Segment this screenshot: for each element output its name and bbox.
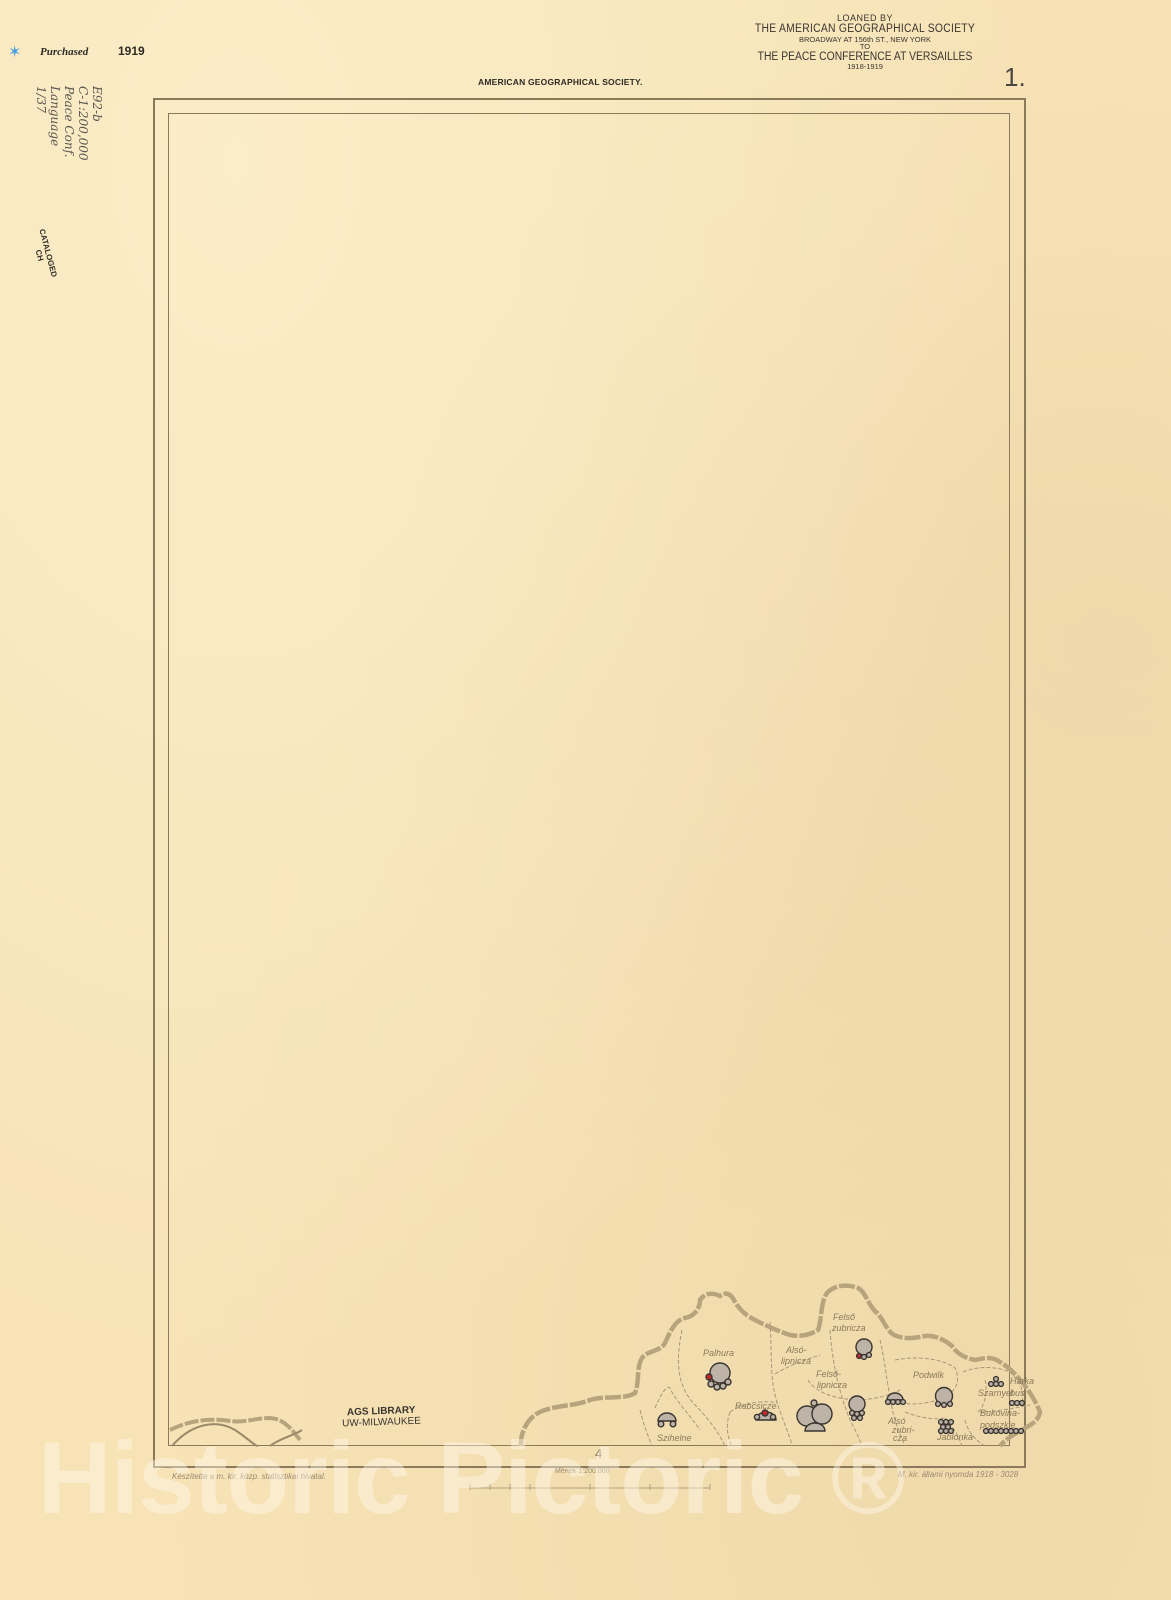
population-symbol-podwilk (936, 1388, 953, 1408)
place-label: Palhura (703, 1348, 734, 1358)
watermark: Historic Pictoric ® (38, 1420, 905, 1537)
place-label: bus. (1010, 1388, 1027, 1398)
map-content: Palhura Szihelne Rabcsicze Felső zubricz… (0, 0, 1171, 1600)
population-symbol-szarnyel (989, 1377, 1004, 1387)
place-label: Felső- (816, 1369, 841, 1379)
population-symbol-bukovina (984, 1429, 1024, 1434)
place-label: Felső (833, 1312, 856, 1322)
population-symbol-jablonka (939, 1420, 954, 1434)
population-symbol-palhura (706, 1363, 731, 1390)
place-label: Rabcsicze (735, 1401, 777, 1411)
place-label: Harka (1010, 1376, 1034, 1386)
population-symbol-harka (1010, 1401, 1025, 1406)
population-symbol-lipnicza (849, 1396, 865, 1420)
place-label: Szarnyel (978, 1388, 1014, 1398)
place-label: zubricza (831, 1323, 866, 1333)
population-symbol-felso-zubricza (856, 1339, 872, 1359)
place-label: lipnicza (781, 1356, 811, 1366)
population-symbol-rabcsicze (754, 1410, 776, 1420)
place-label: Podwilk (913, 1370, 945, 1380)
place-label: Bukovina- (980, 1408, 1020, 1418)
place-label: lipnicza (817, 1380, 847, 1390)
credit-right: M. kir. állami nyomda 1918 - 3028 (898, 1470, 1018, 1479)
place-label: Alsó- (785, 1345, 807, 1355)
